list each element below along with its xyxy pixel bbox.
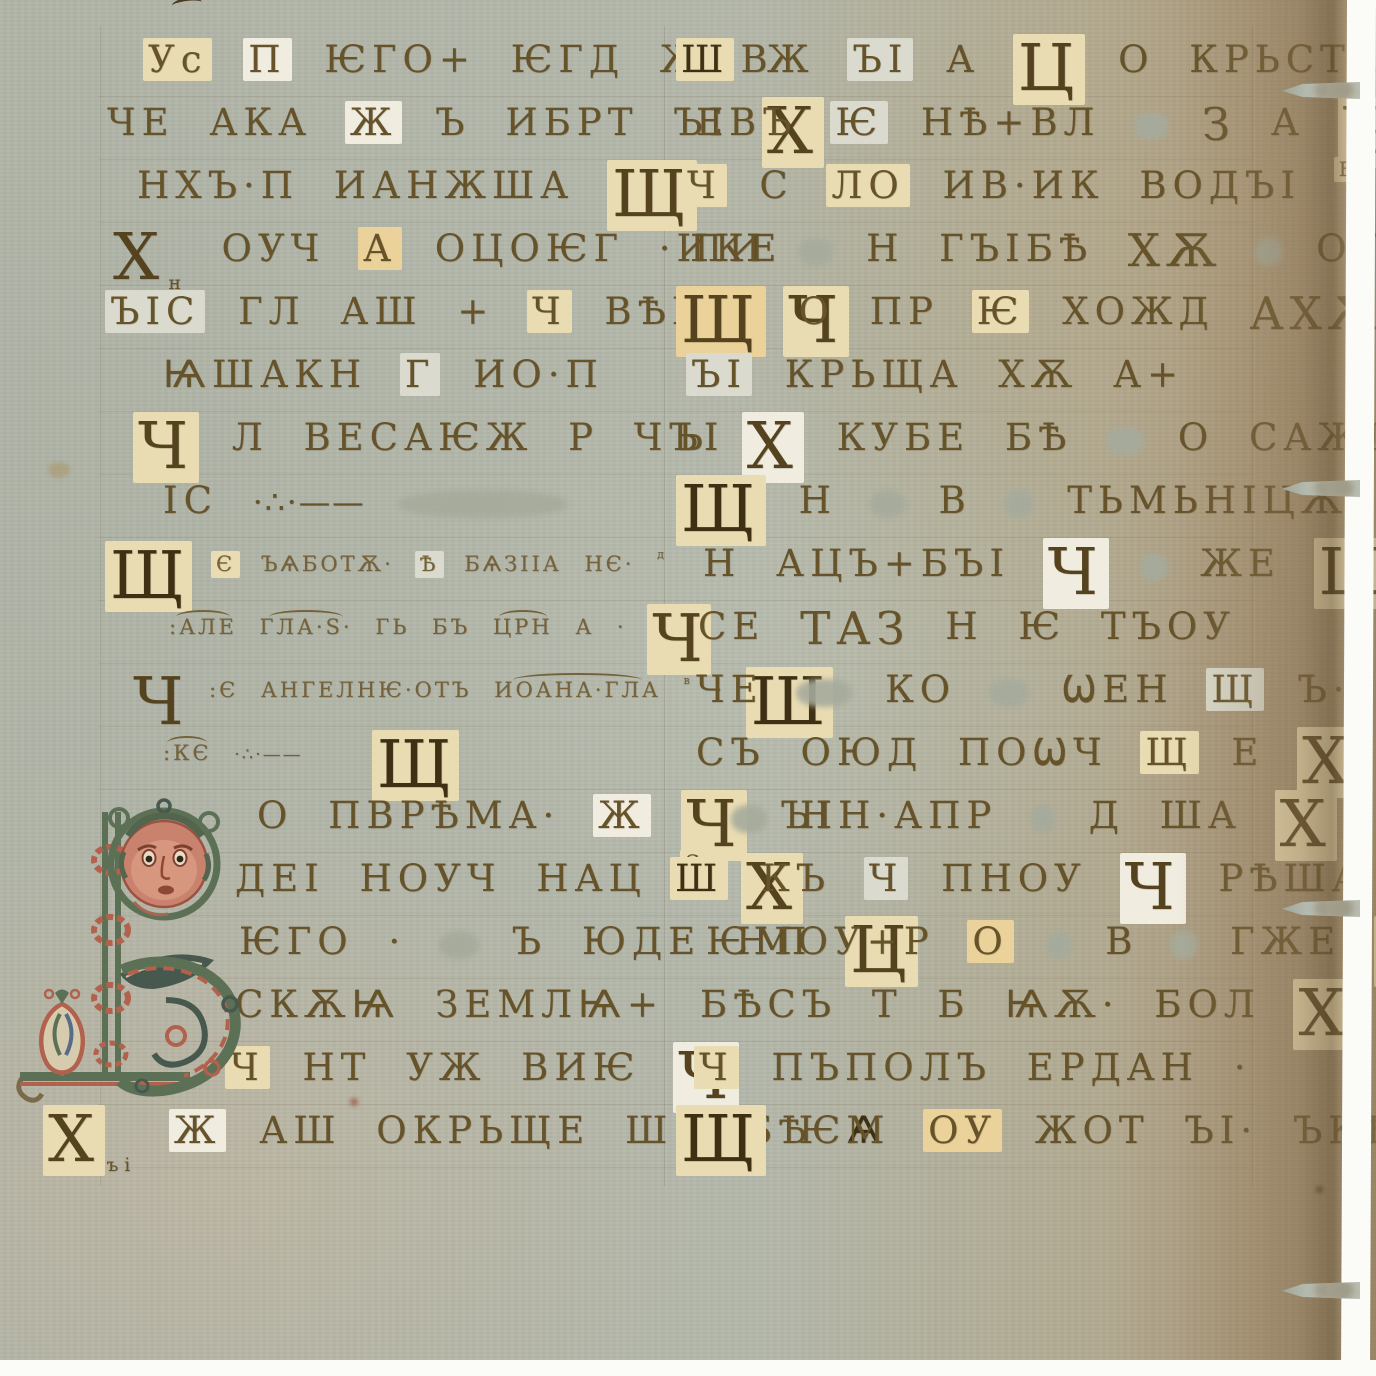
text-segment: Ь [676,418,711,457]
text-segment: :КЄ [161,742,213,765]
text-segment: Ч [527,290,572,333]
text-segment: А+ [1111,355,1186,394]
erased-letter-blot [398,490,568,518]
text-segment: ГЬ [373,616,411,639]
text-line: ПИ Н ГЪІБѢ ХѪ ОУ·Ѧ [688,219,1316,282]
text-segment: Ж [593,794,651,837]
text-segment: ХОЖД [1060,292,1216,331]
text-line: Ч ПЪПОЛЪ ЕРДАН · Д [694,1038,1316,1101]
text-segment: :АЛЕ [167,616,239,639]
text-line: ЪІС ГЛ АШ + Ч ВѢРЖ Ч [105,282,680,345]
text-segment: ГЪІБѢ [937,229,1095,268]
text-segment: ЖОТ [1033,1111,1152,1150]
text-segment: Ѥ [972,290,1030,333]
text-segment: Д [1087,796,1127,835]
text-segment: Ж [345,101,403,144]
text-segment: БЪ [430,616,472,639]
text-segment: ѠЕН [1060,670,1176,709]
text-line: :АЛЕ ГЛА·Ѕ· ГЬ БЪ ЦРН А · Ч [167,597,680,660]
text-segment: НН·АПР [798,796,999,835]
text-line: ѤГО · Ъ ЮДЕ НП Ц [237,912,680,975]
text-segment: · [615,616,629,639]
text-segment: СЪ [694,733,768,772]
text-segment: Ѥ [830,101,888,144]
background-right-of-page [1341,0,1376,1376]
text-segment: ЪІ [847,38,913,81]
erased-letter-blot [1171,931,1197,959]
text-segment: Ѣ [415,551,444,578]
text-segment: · [1232,1048,1254,1087]
text-line: ЧЕ КО ѠЕН Щ Ъ· [694,660,1316,723]
text-segment: Ус [143,38,212,81]
text-segment: ВЕСАѤЖ [301,418,535,457]
text-segment: КО [883,670,958,709]
text-line: Ь Х КУБЕ БѢ О САЖД [676,408,1316,471]
text-line: СЪ ОЮД ПОѠЧ Щ Е Х [694,723,1316,786]
text-line: ЧЕ АКА Ж Ъ ИБРТ ЪІ Х [105,93,680,156]
text-segment: БѢСЪ [698,985,839,1024]
text-line: Ч С ЛО ИВ·ИК ВОДЪІ Е [682,156,1316,219]
text-segment: ЪІС [105,290,205,333]
text-segment: :Є [207,679,240,702]
text-segment: ІС [161,481,220,520]
text-segment: ЛО [826,164,909,207]
text-segment: ЗЕМЛѨ+ [433,985,666,1024]
text-segment: КУБЕ [835,418,973,457]
text-segment: Н [797,481,839,520]
erased-letter-blot [1045,931,1073,959]
text-segment: ХѪ [1126,227,1225,274]
text-line: ІС ·∴·—— [161,471,680,534]
text-segment: Н [943,607,985,646]
text-line: ЪІ КРЬЩА ХѪ А+ [686,345,1316,408]
text-segment: ОКРЬЩЕ [374,1111,592,1150]
manuscript-page: Ус П ѤГО+ ѤГД ЖЕВ ЧЕ АКА Ж Ъ ИБРТ ЪІ Х Н… [0,0,1376,1376]
text-segment: ВИѤ [519,1048,642,1087]
text-segment: ХѪ [996,355,1080,394]
text-segment: ОЮД [798,733,925,772]
text-segment: ГЖЕ [1228,922,1343,961]
text-segment: В [1103,922,1140,961]
text-segment: ОУ [923,1109,1002,1152]
text-segment: СКѪѨ [233,985,402,1024]
text-segment: Т [870,985,905,1024]
text-segment: ТАЗ [798,605,912,652]
text-segment: СЕ [696,607,767,646]
text-segment: ПВРѢМА· [326,796,562,835]
ink-spot [1316,1186,1323,1193]
text-segment: + [455,292,496,331]
text-segment: ЕВЪ [694,103,800,142]
text-segment: ОУЧ [220,229,328,268]
text-segment: ЦРН [491,616,555,639]
text-segment: Г [400,353,441,396]
text-segment: А [1269,103,1307,142]
text-segment: ПР [868,292,941,331]
text-segment: А [573,616,596,639]
text-segment: ЖЕ [1198,544,1283,583]
text-segment: ИО·П [471,355,606,394]
erased-letter-blot [1105,427,1145,455]
text-segment: УЖ [404,1048,488,1087]
text-segment: В [936,481,973,520]
text-line: ДЕІ НОУЧ НАЦ Є Х [233,849,680,912]
text-line: Щ Н В ТЬМЬНІЦѪ [676,471,1316,534]
text-segment: АКА [207,103,314,142]
text-segment: Ш [670,857,728,900]
text-line: ѤМОУ+Р О В ГЖЕ Щ [704,912,1316,975]
parchment-stain [48,462,70,478]
illuminated-initial [16,798,256,1130]
text-segment: АШ [257,1111,343,1150]
text-segment: д [655,549,669,562]
text-line: Х н ОУЧ А ОЦОѤГ ·ИКЕ [111,219,680,282]
text-segment: ѤМОУ+Р [704,922,937,961]
initial-bowl [120,954,237,1092]
text-segment: ОЦОѤГ [433,229,626,268]
text-segment: Ч [682,164,727,207]
text-segment: ЧЕ [694,670,766,709]
erased-letter-blot [799,238,833,266]
text-segment: О [1176,418,1216,457]
text-line: СЕ ТАЗ Н Ѥ ТЪОУ [696,597,1316,660]
text-segment: Щ [676,1105,766,1176]
erased-letter-blot [1004,490,1034,518]
text-segment: НѢ+ВЛ [919,103,1103,142]
text-segment: Щ [1206,668,1264,711]
erased-letter-blot [439,931,479,959]
text-line: ЕВЪ Ѥ НѢ+ВЛ З А Ч [694,93,1316,156]
text-line: НХЪ·П ИАНЖША Щ [135,156,680,219]
text-line: Ус П ѤГО+ ѤГД ЖЕВ [143,30,680,93]
text-line: СКѪѨ ЗЕМЛѨ+ [233,975,680,1038]
text-segment: Е [1229,733,1266,772]
text-segment: Щ [1140,731,1198,774]
text-segment: ИАНЖША [332,166,576,205]
erased-letter-blot [731,805,767,833]
text-segment: НХЪ·П [135,166,301,205]
text-segment: Є [211,551,240,578]
text-segment: ѤМ [797,1111,893,1150]
text-segment: ША [1158,796,1244,835]
text-segment: О [967,920,1013,963]
text-segment: ЪѦБОТѪ· [259,553,396,576]
text-line: Щ Є ЪѦБОТѪ· Ѣ БѦЗІІА НЄ· д [105,534,680,597]
text-segment: Н [701,544,743,583]
erased-letter-blot [1140,553,1168,581]
text-column-right: Ш Ж ЪІ А Ц О КРЬСТА Щ ЕВЪ Ѥ НѢ+ВЛ З А Ч … [676,30,1316,1164]
text-segment: АНГЕЛНѤ·ОТЪ [259,679,474,702]
erased-letter-blot [796,679,852,707]
binding-thread [1282,1282,1360,1299]
text-segment: АШ [338,292,424,331]
text-line: Ш КЪ Ч ПНОУ Ч РѢША [670,849,1316,912]
text-segment: ПОѠЧ [956,733,1110,772]
text-line: Ч :Є АНГЕЛНѤ·ОТЪ ИОАНА·ГЛА в · Ш [131,660,680,723]
text-segment: О [1116,40,1156,79]
text-segment: ѨШАКН [161,355,369,394]
text-segment: Ч [694,1046,739,1089]
erased-letter-blot [1255,238,1283,266]
text-segment: ·∴·—— [251,487,368,520]
text-segment: НТ [300,1048,373,1087]
text-segment: Ж [765,40,817,79]
text-segment: Ъ [433,103,472,142]
text-segment: ГЛА·Ѕ· [258,616,355,639]
text-line: Н АЦЪ+БЪІ Ч ЖЕ Ш [701,534,1316,597]
text-segment: О [797,292,837,331]
text-segment: БѦЗІІА [462,553,563,576]
text-line: Ш Ж ЪІ А Ц О КРЬСТА Щ [676,30,1316,93]
text-segment: ЕРДАН [1025,1048,1201,1087]
erased-letter-blot [989,679,1029,707]
text-segment: ИБРТ [503,103,640,142]
text-segment: ·∴·—— [232,745,304,765]
text-segment: Б [935,985,972,1024]
stray-mark [171,0,202,12]
text-segment: НЄ· [582,553,636,576]
text-line: Щ О ПР Ѥ ХОЖД АХѪ [676,282,1316,345]
text-line: :КЄ ·∴·—— Щ [161,723,680,786]
text-segment: ЪІ· [1182,1111,1260,1150]
text-segment: ѤГО+ [322,40,478,79]
text-segment: С [757,166,795,205]
text-segment: Ѥ [1016,607,1068,646]
text-segment: А [358,227,402,270]
text-segment: ѤГД [509,40,627,79]
text-segment: ПЪПОЛЪ [769,1048,994,1087]
text-segment: ъі [104,1156,138,1177]
text-segment: Л [230,418,271,457]
text-segment: ѨѪ· [1003,985,1121,1024]
text-segment: НАЦ [534,859,649,898]
text-segment: КРЬЩА [783,355,966,394]
text-segment: ГЛ [236,292,307,331]
text-line: О ПВРѢМА· Ж Ч ЪІ [255,786,680,849]
text-line: Щ ѤМ ОУ ЖОТ ЪІ· ЪКѢ Е Ш [676,1101,1316,1164]
erased-letter-blot [1133,112,1169,140]
text-line: НН·АПР Д ША Х [731,786,1316,849]
text-segment: КЪ [759,859,833,898]
text-segment: БѢ [1003,418,1074,457]
text-segment: Ч [864,857,909,900]
text-segment: ПНОУ [939,859,1089,898]
erased-letter-blot [870,490,906,518]
text-segment: А [944,40,982,79]
text-segment: П [243,38,291,81]
text-segment: ЧЕ [105,103,177,142]
text-line: БѢСЪ Т Б ѨѪ· БОЛ Х [698,975,1316,1038]
text-line: Ч Л ВЕСАѤЖ Р ЧЪІ [133,408,680,471]
text-segment: · [386,922,408,961]
text-segment: ВОДЪІ [1137,166,1303,205]
background-below-page [0,1360,1376,1376]
erased-letter-blot [1030,805,1056,833]
text-segment: ЪІ [686,353,752,396]
text-segment: ТЪОУ [1099,607,1238,646]
text-line: ѨШАКН Г ИО·П [161,345,680,408]
text-line: Ч НТ УЖ ВИѤ Ч [225,1038,680,1101]
text-segment: ИВ·ИК [940,166,1106,205]
text-segment: З [1200,101,1238,148]
text-segment: О [255,796,295,835]
text-segment: Н [864,229,906,268]
text-segment: НОУЧ [357,859,503,898]
text-segment: Ш [623,1111,675,1150]
text-segment: Ш [676,38,734,81]
text-segment: ИОАНА·ГЛА [492,679,663,702]
text-segment: ПИ [688,229,769,268]
text-segment: Ъ [510,922,549,961]
text-segment: БОЛ [1152,985,1262,1024]
text-segment: Р [566,418,601,457]
text-segment: АЦЪ+БЪІ [774,544,1012,583]
initial-face [110,800,218,917]
margin-floral-ornament [41,990,83,1077]
